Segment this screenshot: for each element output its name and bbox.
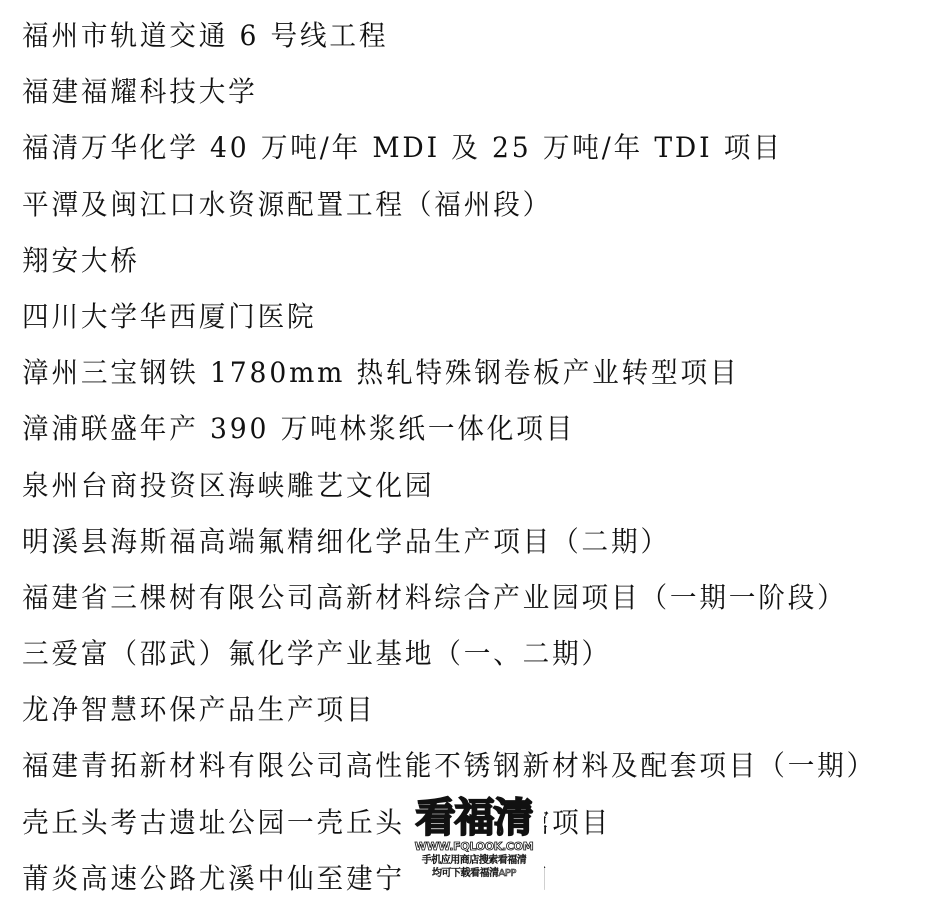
project-item: 平潭及闽江口水资源配置工程（福州段） (22, 177, 904, 233)
project-item: 龙净智慧环保产品生产项目 (22, 682, 904, 738)
project-item: 福建福耀科技大学 (22, 64, 904, 120)
project-item: 泉州台商投资区海峡雕艺文化园 (22, 458, 904, 514)
project-item: 福清万华化学 40 万吨/年 MDI 及 25 万吨/年 TDI 项目 (22, 120, 904, 176)
watermark-title: 看福清 (404, 796, 544, 840)
project-item: 漳州三宝钢铁 1780mm 热轧特殊钢卷板产业转型项目 (22, 345, 904, 401)
project-item: 福建青拓新材料有限公司高性能不锈钢新材料及配套项目（一期） (22, 738, 904, 794)
project-item: 明溪县海斯福高端氟精细化学品生产项目（二期） (22, 514, 904, 570)
project-item: 福建省三棵树有限公司高新材料综合产业园项目（一期一阶段） (22, 570, 904, 626)
project-item: 翔安大桥 (22, 233, 904, 289)
watermark-url: WWW.FQLOOK.COM (404, 840, 544, 854)
project-item: 三爱富（邵武）氟化学产业基地（一、二期） (22, 626, 904, 682)
watermark-line2: 均可下载看福清APP (404, 867, 544, 880)
project-item: 四川大学华西厦门医院 (22, 289, 904, 345)
watermark-logo: 看福清 WWW.FQLOOK.COM 手机应用商店搜索看福清 均可下载看福清AP… (404, 796, 544, 896)
watermark-line1: 手机应用商店搜索看福清 (404, 854, 544, 867)
project-item: 漳浦联盛年产 390 万吨林浆纸一体化项目 (22, 401, 904, 457)
project-item: 福州市轨道交通 6 号线工程 (22, 8, 904, 64)
project-list: 福州市轨道交通 6 号线工程 福建福耀科技大学 福清万华化学 40 万吨/年 M… (22, 8, 950, 907)
